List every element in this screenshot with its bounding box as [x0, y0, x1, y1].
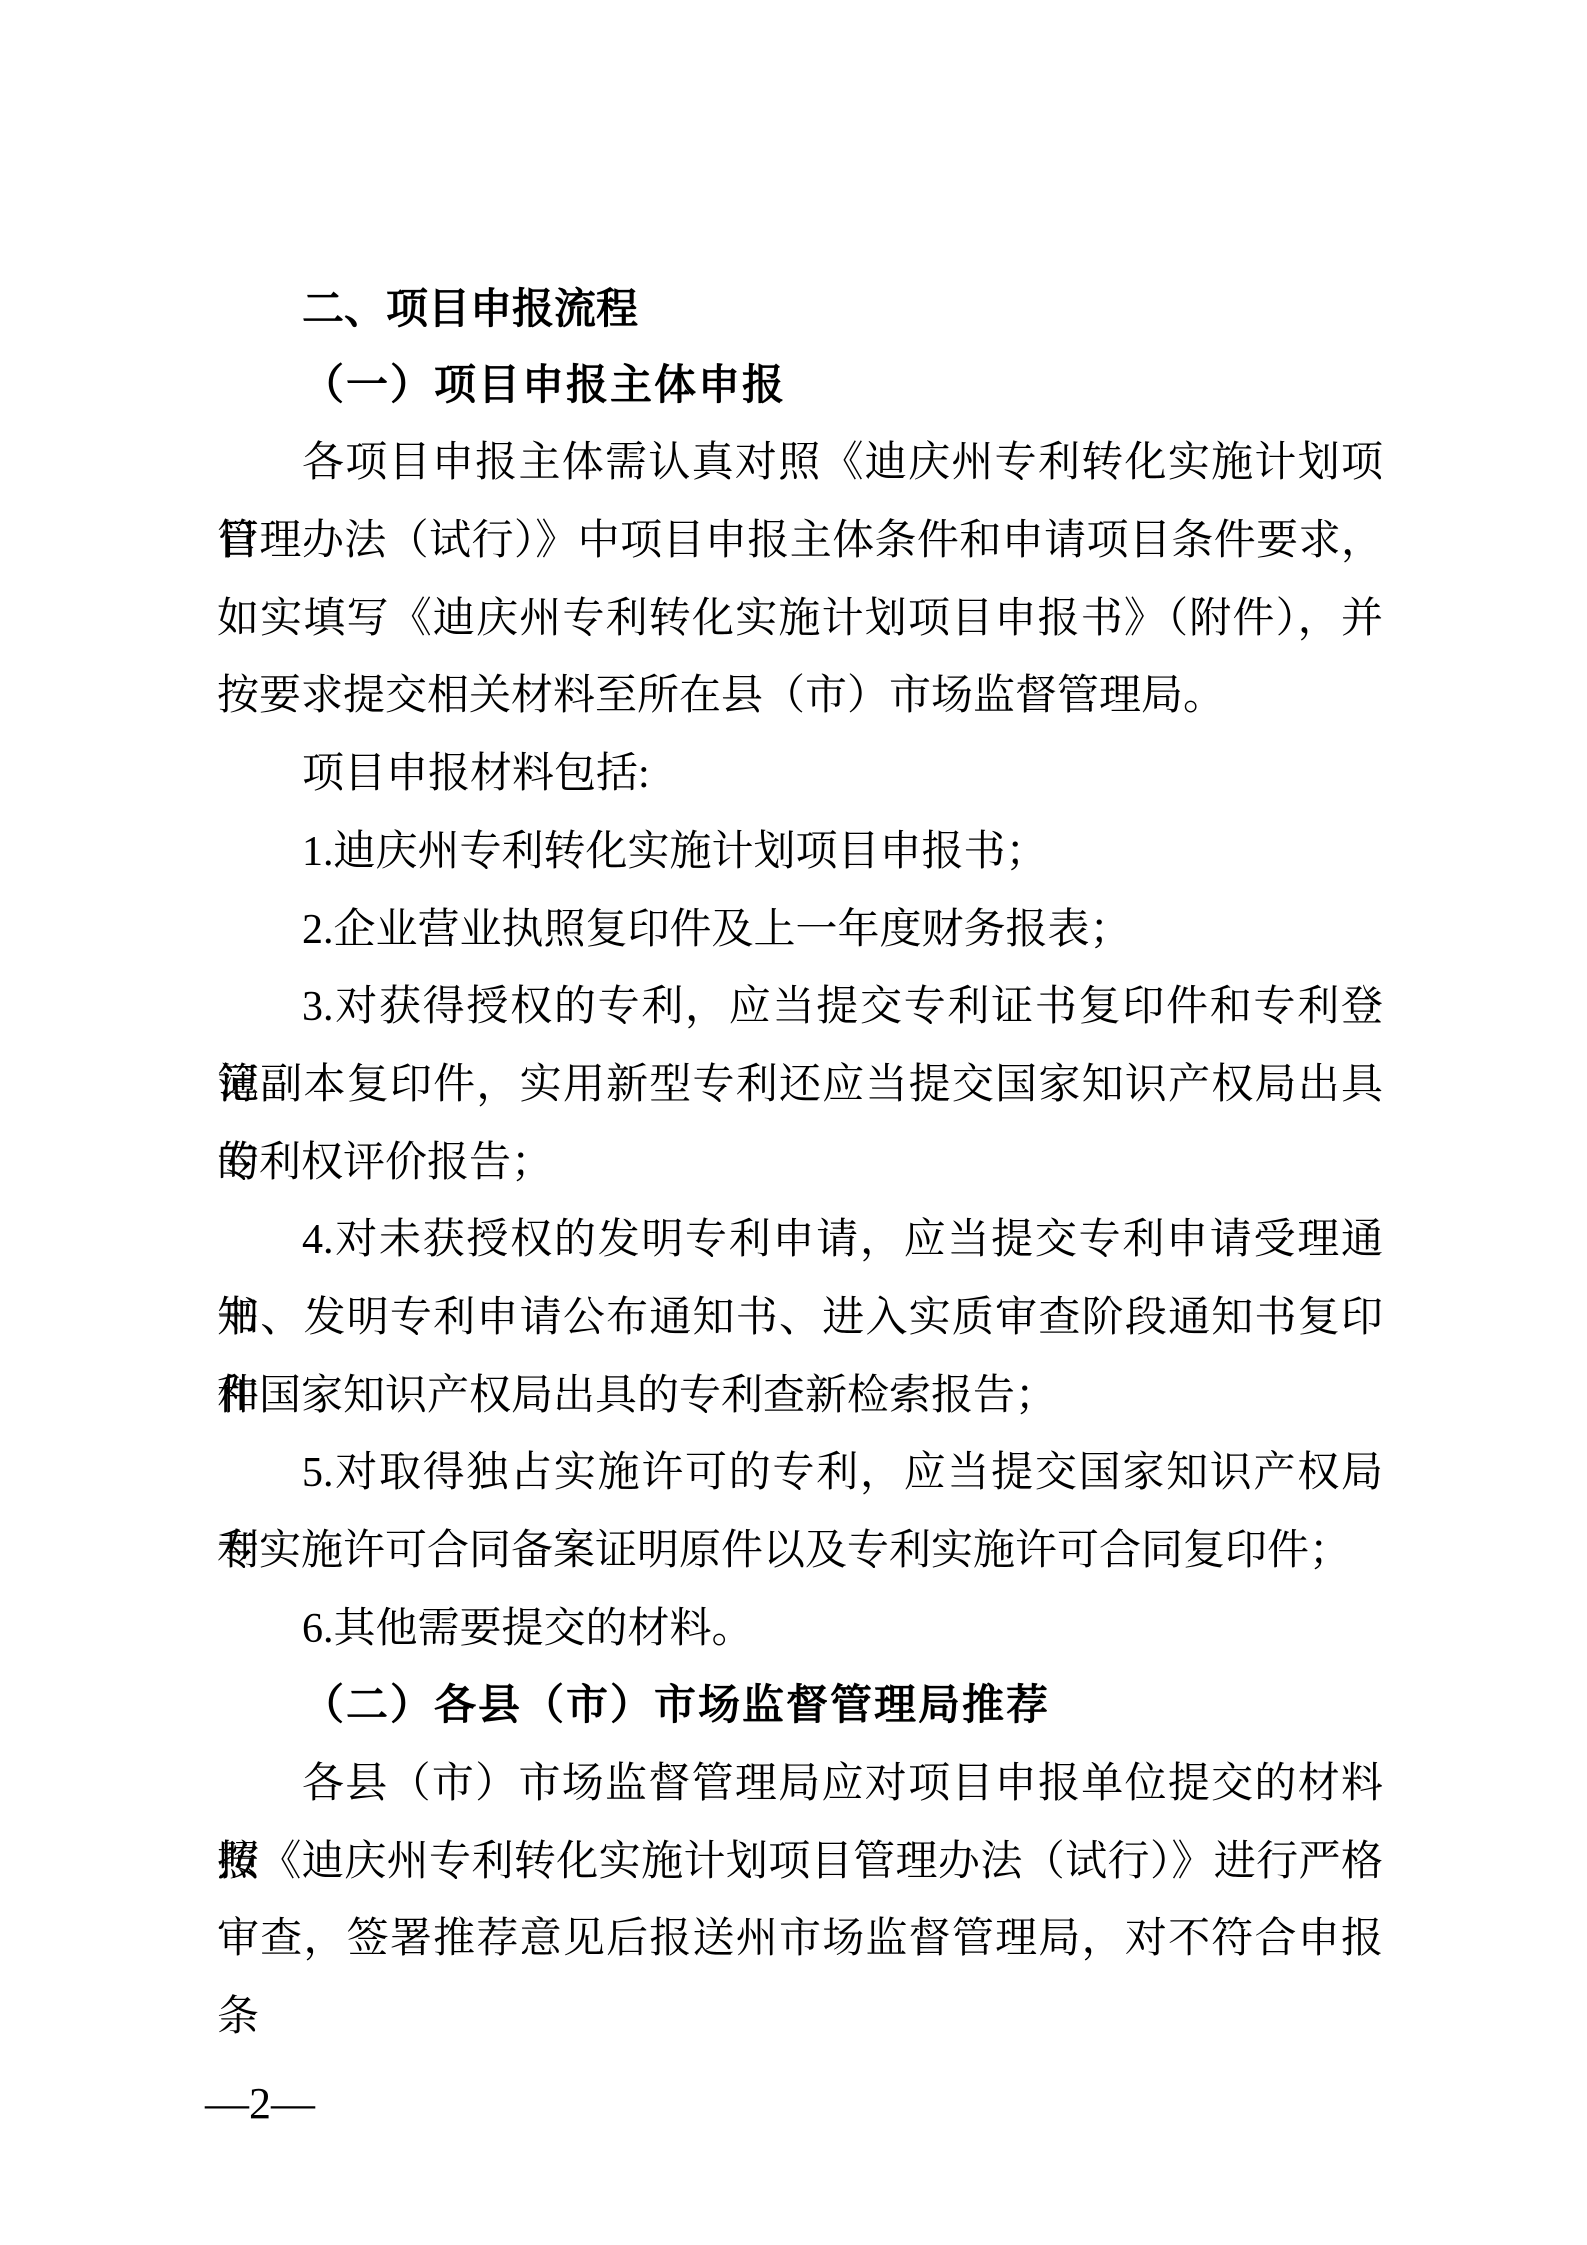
text-line: 各项目申报主体需认真对照《迪庆州专利转化实施计划项目	[217, 425, 1383, 503]
subsection-heading-1: （一）项目申报主体申报	[217, 348, 1383, 426]
list-item-4: 4.对未获授权的发明专利申请，应当提交专利申请受理通知	[217, 1202, 1383, 1280]
list-item-6: 6.其他需要提交的材料。	[217, 1591, 1383, 1669]
list-item-5: 5.对取得独占实施许可的专利，应当提交国家知识产权局专	[217, 1435, 1383, 1513]
document-page: 二、项目申报流程 （一）项目申报主体申报 各项目申报主体需认真对照《迪庆州专利转…	[0, 0, 1587, 2245]
text-line: 项目申报材料包括:	[217, 736, 1383, 814]
text-line: 审查，签署推荐意见后报送州市场监督管理局，对不符合申报条	[217, 1901, 1383, 1979]
page-number: —2—	[205, 2080, 315, 2128]
text-line: 利实施许可合同备案证明原件以及专利实施许可合同复印件；	[217, 1513, 1383, 1591]
list-item-2: 2.企业营业执照复印件及上一年度财务报表；	[217, 892, 1383, 970]
text-column: 二、项目申报流程 （一）项目申报主体申报 各项目申报主体需认真对照《迪庆州专利转…	[217, 270, 1383, 1979]
section-heading: 二、项目申报流程	[217, 270, 1383, 348]
text-line: 如实填写《迪庆州专利转化实施计划项目申报书》（附件），并	[217, 581, 1383, 659]
text-line: 照《迪庆州专利转化实施计划项目管理办法（试行）》进行严格	[217, 1824, 1383, 1902]
text-line: 专利权评价报告；	[217, 1125, 1383, 1203]
text-line: 按要求提交相关材料至所在县（市）市场监督管理局。	[217, 658, 1383, 736]
subsection-heading-2: （二）各县（市）市场监督管理局推荐	[217, 1668, 1383, 1746]
text-line: 管理办法（试行）》中项目申报主体条件和申请项目条件要求，	[217, 503, 1383, 581]
list-item-1: 1.迪庆州专利转化实施计划项目申报书；	[217, 814, 1383, 892]
list-item-3: 3.对获得授权的专利，应当提交专利证书复印件和专利登记	[217, 969, 1383, 1047]
text-line: 簿副本复印件，实用新型专利还应当提交国家知识产权局出具的	[217, 1047, 1383, 1125]
text-line: 各县（市）市场监督管理局应对项目申报单位提交的材料按	[217, 1746, 1383, 1824]
text-line: 和国家知识产权局出具的专利查新检索报告；	[217, 1358, 1383, 1436]
text-line: 书、发明专利申请公布通知书、进入实质审查阶段通知书复印件	[217, 1280, 1383, 1358]
